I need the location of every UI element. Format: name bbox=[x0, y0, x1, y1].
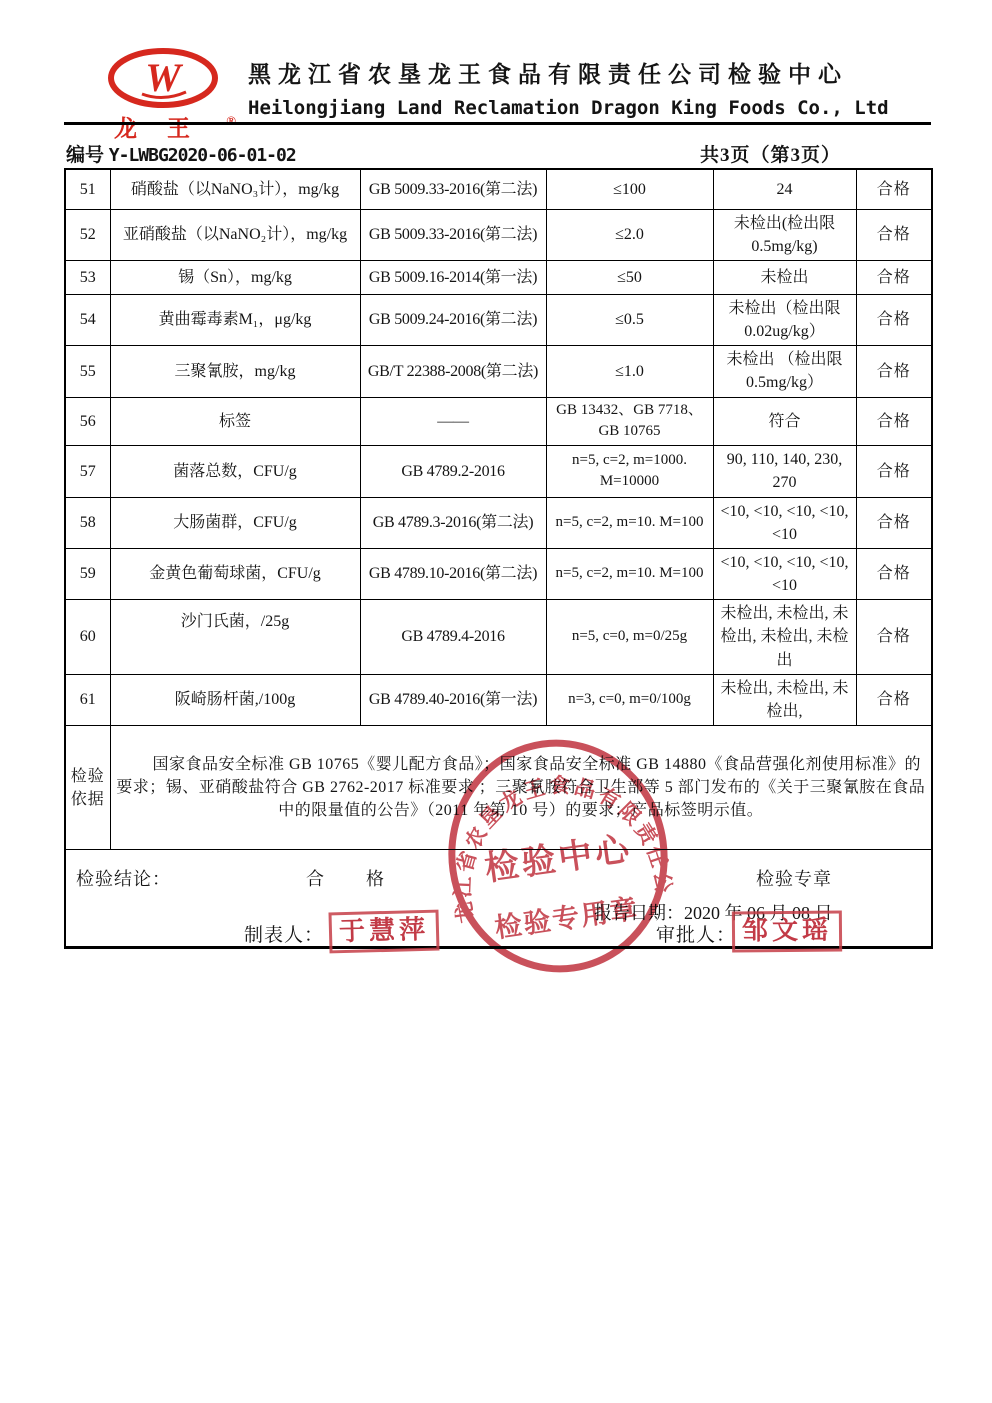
conclusion-value: 合格 bbox=[856, 209, 932, 260]
test-method: GB 5009.33-2016(第二法) bbox=[360, 169, 546, 209]
test-method: GB 4789.10-2016(第二法) bbox=[360, 548, 546, 599]
inspection-seal-label: 检验专章 bbox=[756, 866, 832, 892]
table-row: 51 硝酸盐（以NaNO₃计），mg/kg GB 5009.33-2016(第二… bbox=[65, 169, 932, 209]
inspection-basis-row: 检验依据 国家食品安全标准 GB 10765《婴儿配方食品》；国家食品安全标准 … bbox=[65, 726, 932, 850]
page-count: 共3页（第3页） bbox=[700, 140, 841, 167]
company-name-cn: 黑龙江省农垦龙王食品有限责任公司检验中心 bbox=[248, 56, 938, 89]
limit-value: n=3, c=0, m=0/100g bbox=[546, 674, 713, 725]
item-name: 沙门氏菌，/25g bbox=[110, 600, 360, 675]
item-name: 金黄色葡萄球菌，CFU/g bbox=[110, 548, 360, 599]
item-name: 锡（Sn），mg/kg bbox=[110, 260, 360, 294]
result-value: 未检出（检出限 0.02ug/kg） bbox=[713, 294, 856, 345]
result-value: 未检出(检出限 0.5mg/kg) bbox=[713, 209, 856, 260]
company-header: 黑龙江省农垦龙王食品有限责任公司检验中心 Heilongjiang Land R… bbox=[248, 56, 938, 119]
limit-value: ≤100 bbox=[546, 169, 713, 209]
table-row: 58 大肠菌群，CFU/g GB 4789.3-2016(第二法) n=5, c… bbox=[65, 497, 932, 548]
item-name: 阪崎肠杆菌,/100g bbox=[110, 674, 360, 725]
test-method: GB/T 22388-2008(第二法) bbox=[360, 346, 546, 397]
limit-value: ≤1.0 bbox=[546, 346, 713, 397]
conclusion-value: 合格 bbox=[856, 674, 932, 725]
inspection-basis-label: 检验依据 bbox=[65, 726, 110, 850]
company-logo: W 龙王 ® bbox=[106, 48, 226, 143]
row-no: 60 bbox=[65, 600, 110, 675]
row-no: 61 bbox=[65, 674, 110, 725]
item-name: 大肠菌群，CFU/g bbox=[110, 497, 360, 548]
approver-label: 审批人： bbox=[656, 920, 736, 947]
header-divider bbox=[64, 122, 931, 125]
conclusion-value: 合格 bbox=[856, 497, 932, 548]
conclusion-value: 合格 bbox=[856, 397, 932, 446]
table-row: 53 锡（Sn），mg/kg GB 5009.16-2014(第一法) ≤50 … bbox=[65, 260, 932, 294]
item-name: 亚硝酸盐（以NaNO₂计），mg/kg bbox=[110, 209, 360, 260]
limit-value: n=5, c=2, m=10. M=100 bbox=[546, 497, 713, 548]
approver-name-stamp: 邹文瑶 bbox=[732, 911, 842, 952]
conclusion-value: 合格 bbox=[856, 260, 932, 294]
conclusion-label: 检验结论： bbox=[76, 866, 171, 892]
test-method: GB 4789.40-2016(第一法) bbox=[360, 674, 546, 725]
item-name: 菌落总数，CFU/g bbox=[110, 446, 360, 497]
row-no: 57 bbox=[65, 446, 110, 497]
test-method: GB 5009.16-2014(第一法) bbox=[360, 260, 546, 294]
report-number: 编号 Y-LWBG2020-06-01-02 bbox=[66, 140, 296, 167]
item-name: 黄曲霉毒素M₁，μg/kg bbox=[110, 294, 360, 345]
limit-value: n=5, c=2, m=10. M=100 bbox=[546, 548, 713, 599]
table-row: 61 阪崎肠杆菌,/100g GB 4789.40-2016(第一法) n=3,… bbox=[65, 674, 932, 725]
signature-row: 制表人： 于慧萍 审批人： 邹文瑶 bbox=[64, 910, 931, 960]
conclusion-result: 合 格 bbox=[306, 866, 386, 892]
row-no: 54 bbox=[65, 294, 110, 345]
item-name: 标签 bbox=[110, 397, 360, 446]
result-value: 符合 bbox=[713, 397, 856, 446]
inspection-basis-text: 国家食品安全标准 GB 10765《婴儿配方食品》；国家食品安全标准 GB 14… bbox=[110, 726, 932, 850]
table-row: 54 黄曲霉毒素M₁，μg/kg GB 5009.24-2016(第二法) ≤0… bbox=[65, 294, 932, 345]
test-results-table: 51 硝酸盐（以NaNO₃计），mg/kg GB 5009.33-2016(第二… bbox=[64, 168, 933, 949]
result-value: 未检出 bbox=[713, 260, 856, 294]
result-value: 未检出, 未检出, 未检出, 未检出, 未检出 bbox=[713, 600, 856, 675]
result-value: 90, 110, 140, 230, 270 bbox=[713, 446, 856, 497]
table-row: 52 亚硝酸盐（以NaNO₂计），mg/kg GB 5009.33-2016(第… bbox=[65, 209, 932, 260]
item-name: 三聚氰胺，mg/kg bbox=[110, 346, 360, 397]
registered-trademark-icon: ® bbox=[226, 113, 236, 129]
test-method: GB 4789.4-2016 bbox=[360, 600, 546, 675]
conclusion-value: 合格 bbox=[856, 346, 932, 397]
report-number-label: 编号 bbox=[66, 145, 104, 166]
preparer-label: 制表人： bbox=[244, 920, 324, 947]
limit-value: ≤50 bbox=[546, 260, 713, 294]
row-no: 52 bbox=[65, 209, 110, 260]
item-name: 硝酸盐（以NaNO₃计），mg/kg bbox=[110, 169, 360, 209]
conclusion-value: 合格 bbox=[856, 294, 932, 345]
result-value: 未检出, 未检出, 未检出, bbox=[713, 674, 856, 725]
table-row: 60 沙门氏菌，/25g GB 4789.4-2016 n=5, c=0, m=… bbox=[65, 600, 932, 675]
company-name-en: Heilongjiang Land Reclamation Dragon Kin… bbox=[248, 97, 938, 119]
test-method: GB 5009.24-2016(第二法) bbox=[360, 294, 546, 345]
row-no: 59 bbox=[65, 548, 110, 599]
conclusion-value: 合格 bbox=[856, 600, 932, 675]
row-no: 55 bbox=[65, 346, 110, 397]
row-no: 58 bbox=[65, 497, 110, 548]
limit-value: n=5, c=2, m=1000. M=10000 bbox=[546, 446, 713, 497]
conclusion-value: 合格 bbox=[856, 548, 932, 599]
limit-value: ≤0.5 bbox=[546, 294, 713, 345]
test-method: GB 5009.33-2016(第二法) bbox=[360, 209, 546, 260]
table-row: 56 标签 —— GB 13432、GB 7718、GB 10765 符合 合格 bbox=[65, 397, 932, 446]
test-method: GB 4789.2-2016 bbox=[360, 446, 546, 497]
preparer-name-stamp: 于慧萍 bbox=[328, 910, 439, 953]
row-no: 56 bbox=[65, 397, 110, 446]
result-value: <10, <10, <10, <10, <10 bbox=[713, 548, 856, 599]
svg-text:W: W bbox=[145, 55, 183, 100]
limit-value: n=5, c=0, m=0/25g bbox=[546, 600, 713, 675]
row-no: 51 bbox=[65, 169, 110, 209]
report-page: W 龙王 ® 黑龙江省农垦龙王食品有限责任公司检验中心 Heilongjiang… bbox=[0, 0, 992, 1403]
table-row: 59 金黄色葡萄球菌，CFU/g GB 4789.10-2016(第二法) n=… bbox=[65, 548, 932, 599]
dragon-king-logo-icon: W bbox=[106, 48, 224, 110]
report-number-value: Y-LWBG2020-06-01-02 bbox=[109, 145, 296, 166]
table-row: 57 菌落总数，CFU/g GB 4789.2-2016 n=5, c=2, m… bbox=[65, 446, 932, 497]
test-method: —— bbox=[360, 397, 546, 446]
conclusion-value: 合格 bbox=[856, 446, 932, 497]
result-value: 24 bbox=[713, 169, 856, 209]
test-method: GB 4789.3-2016(第二法) bbox=[360, 497, 546, 548]
conclusion-value: 合格 bbox=[856, 169, 932, 209]
result-value: 未检出 （检出限 0.5mg/kg） bbox=[713, 346, 856, 397]
result-value: <10, <10, <10, <10, <10 bbox=[713, 497, 856, 548]
logo-brand-text: 龙王 bbox=[106, 110, 226, 143]
table-row: 55 三聚氰胺，mg/kg GB/T 22388-2008(第二法) ≤1.0 … bbox=[65, 346, 932, 397]
limit-value: ≤2.0 bbox=[546, 209, 713, 260]
row-no: 53 bbox=[65, 260, 110, 294]
limit-value: GB 13432、GB 7718、GB 10765 bbox=[546, 397, 713, 446]
